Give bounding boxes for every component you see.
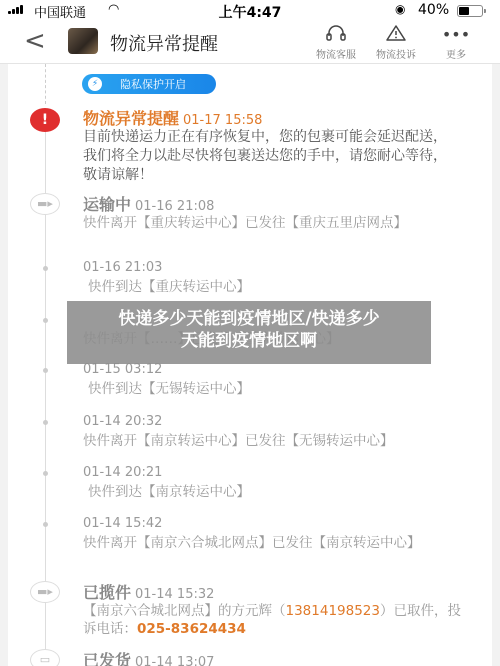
more-icon: ••• [426, 24, 486, 46]
timeline-dot [43, 368, 48, 373]
logistics-service-label: 物流客服 [306, 46, 366, 61]
package-icon: ▭ [30, 649, 60, 666]
event-time: 01-14 20:21 [83, 465, 162, 480]
status-label: 已揽件 [83, 583, 131, 602]
lightning-icon: ⚡ [88, 77, 102, 91]
battery-percent: 40% [418, 2, 449, 18]
logistics-complaint-label: 物流投诉 [366, 46, 426, 61]
alert-time: 01-17 15:58 [183, 113, 262, 128]
chat-avatar [68, 28, 98, 54]
timeline-dot [43, 266, 48, 271]
logistics-service-button[interactable]: 物流客服 [306, 24, 366, 61]
timeline-dot [43, 420, 48, 425]
overlay-line-1: 快递多少天能到疫情地区/快递多少 [67, 308, 431, 330]
warning-icon [366, 24, 426, 46]
event-time: 01-16 21:03 [83, 260, 162, 275]
privacy-protection-badge[interactable]: ⚡ 隐私保护开启 [82, 74, 216, 94]
complaint-phone-link[interactable]: 025-83624434 [137, 621, 246, 637]
timeline-dot [43, 522, 48, 527]
logistics-complaint-button[interactable]: 物流投诉 [366, 24, 426, 61]
title-overlay-banner: 快递多少天能到疫情地区/快递多少 天能到疫情地区啊 [67, 301, 431, 364]
event-desc: 快件到达【南京转运中心】 [88, 483, 458, 501]
event-desc: 【南京六合城北网点】的方元辉（13814198523）已取件，投诉电话：025-… [83, 602, 473, 638]
event-time: 01-14 15:42 [83, 516, 162, 531]
event-time: 01-16 21:08 [135, 199, 214, 214]
event-desc: 快件离开【南京转运中心】已发往【无锡转运中心】 [83, 432, 483, 450]
nav-bar: < 物流异常提醒 物流客服 物流投诉 ••• 更多 [0, 22, 500, 64]
status-label: 运输中 [83, 195, 131, 214]
event-time: 01-14 13:07 [135, 655, 214, 666]
logistics-timeline-card: ⚡ 隐私保护开启 ! 物流异常提醒01-17 15:58 目前快递运力正在有序恢… [8, 64, 492, 666]
headset-icon [306, 24, 366, 46]
back-button[interactable]: < [24, 26, 46, 56]
page-title: 物流异常提醒 [110, 30, 218, 56]
privacy-label: 隐私保护开启 [120, 76, 186, 92]
timeline-dot [43, 471, 48, 476]
event-time: 01-15 03:12 [83, 362, 162, 377]
battery-icon [457, 5, 483, 17]
event-desc: 快件到达【无锡转运中心】 [88, 380, 458, 398]
more-button[interactable]: ••• 更多 [426, 24, 486, 61]
rotation-lock-icon: ◉ [395, 2, 405, 16]
truck-icon: ▬▸ [30, 193, 60, 215]
event-time: 01-14 20:32 [83, 414, 162, 429]
alert-icon: ! [30, 108, 60, 132]
event-desc: 快件离开【重庆转运中心】已发往【重庆五里店网点】 [83, 214, 453, 232]
truck-icon: ▬▸ [30, 581, 60, 603]
event-desc: 快件到达【重庆转运中心】 [88, 278, 458, 296]
event-desc: 快件离开【南京六合城北网点】已发往【南京转运中心】 [83, 534, 453, 552]
timeline-dot [43, 318, 48, 323]
timeline-line-dashed [45, 64, 46, 104]
overlay-line-2: 天能到疫情地区啊 [67, 330, 431, 352]
status-bar: 中国联通 ◠ 上午4:47 ◉ 40% [0, 0, 500, 22]
alert-title: 物流异常提醒 [83, 109, 179, 128]
alert-message: 目前快递运力正在有序恢复中，您的包裹可能会延迟配送，我们将全力以赴尽快将包裹送达… [83, 128, 453, 185]
event-time: 01-14 15:32 [135, 587, 214, 602]
status-label: 已发货 [83, 651, 131, 666]
more-label: 更多 [426, 46, 486, 61]
courier-phone-link[interactable]: 13814198523 [286, 603, 380, 619]
